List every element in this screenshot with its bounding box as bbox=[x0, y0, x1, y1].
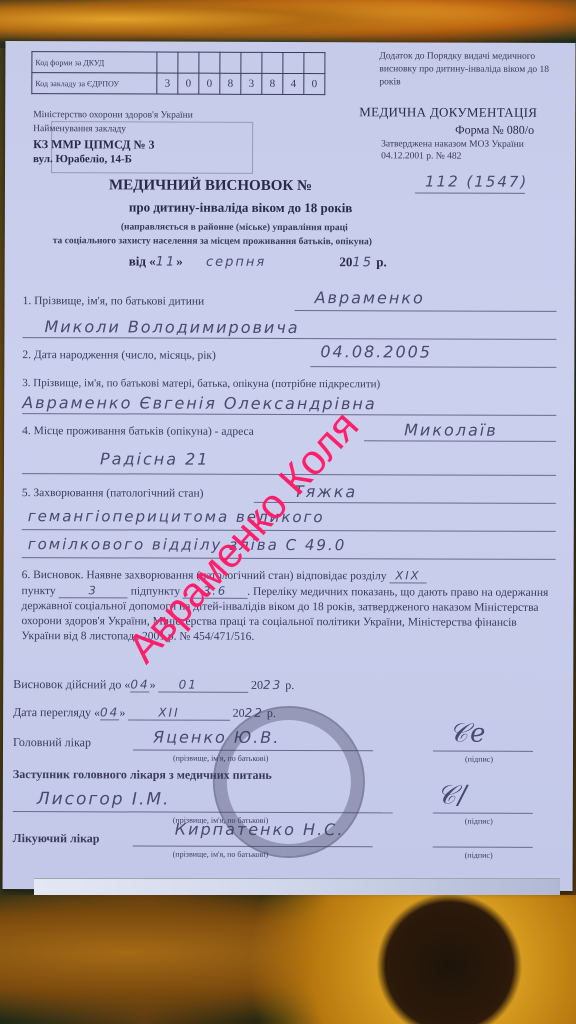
field-diagnosis-value-3: гомілкового відділу зліва С 49.0 bbox=[28, 535, 347, 554]
med-doc-title: МЕДИЧНА ДОКУМЕНТАЦІЯ bbox=[359, 104, 537, 121]
direction-note-1: (направляється в районне (міське) управл… bbox=[121, 221, 348, 235]
appendix-note: Додаток до Порядку видачі медичного висн… bbox=[379, 50, 549, 90]
certificate-number: 112 (1547) bbox=[425, 172, 528, 190]
field-address-street-value: Радісна 21 bbox=[100, 449, 210, 468]
code-table: Код форми за ДКУД Код закладу за ЄДРПОУ … bbox=[31, 51, 325, 95]
institution-code-row: Код закладу за ЄДРПОУ 3 0 0 8 3 8 4 0 bbox=[32, 73, 325, 95]
field-birth-date-value: 04.08.2005 bbox=[320, 342, 432, 361]
chief-doctor-signature: 𝒞ℯ bbox=[449, 719, 487, 750]
form-number: Форма № 080/о bbox=[455, 123, 534, 138]
field-child-name-label: 1. Прізвище, ім'я, по батькові дитини bbox=[23, 295, 205, 308]
deputy-signature: 𝒞/ bbox=[437, 781, 469, 812]
form-code-label: Код форми за ДКУД bbox=[32, 52, 157, 73]
paper-edge-strip bbox=[34, 878, 560, 895]
valid-until: Висновок дійсний до «04» 01 2023 р. bbox=[13, 677, 294, 693]
institution-code-label: Код закладу за ЄДРПОУ bbox=[32, 73, 157, 94]
conclusion-block: 6. Висновок. Наявне захворювання (патоло… bbox=[21, 567, 555, 646]
form-code-row: Код форми за ДКУД bbox=[32, 52, 325, 74]
field-birth-date-label: 2. Дата народження (число, місяць, рік) bbox=[22, 349, 215, 362]
approved-date: 04.12.2001 р. № 482 bbox=[381, 150, 461, 163]
deputy-name: Лисогор І.М. bbox=[37, 789, 171, 809]
issue-date: від «11» серпня 2015 р. bbox=[129, 253, 387, 270]
review-date: Дата перегляду «04» XII 2022 р. bbox=[13, 705, 276, 721]
chief-doctor-label: Головний лікар bbox=[13, 735, 91, 750]
certificate-title: МЕДИЧНИЙ ВИСНОВОК № bbox=[109, 177, 312, 195]
attending-doctor-label: Лікуючий лікар bbox=[13, 831, 100, 846]
field-child-name-value: Миколи Володимировича bbox=[44, 317, 299, 337]
conclusion-point: 3 bbox=[59, 583, 128, 598]
field-diagnosis-label: 5. Захворювання (патологічний стан) bbox=[22, 487, 204, 500]
certificate-subtitle: про дитину-інваліда віком до 18 років bbox=[129, 199, 352, 216]
field-child-surname-value: Авраменко bbox=[315, 288, 425, 307]
background-sunflower-bottom bbox=[0, 895, 576, 1024]
field-parent-name-label: 3. Прізвище, ім'я, по батькові матері, б… bbox=[22, 377, 380, 390]
institution-stamp-box bbox=[51, 121, 253, 174]
field-address-label: 4. Місце проживання батьків (опікуна) - … bbox=[22, 425, 254, 438]
conclusion-section: XIX bbox=[389, 568, 426, 583]
field-address-city-value: Миколаїв bbox=[404, 420, 498, 439]
round-stamp-icon bbox=[213, 706, 366, 859]
direction-note-2: та соціального захисту населення за місц… bbox=[53, 235, 372, 249]
